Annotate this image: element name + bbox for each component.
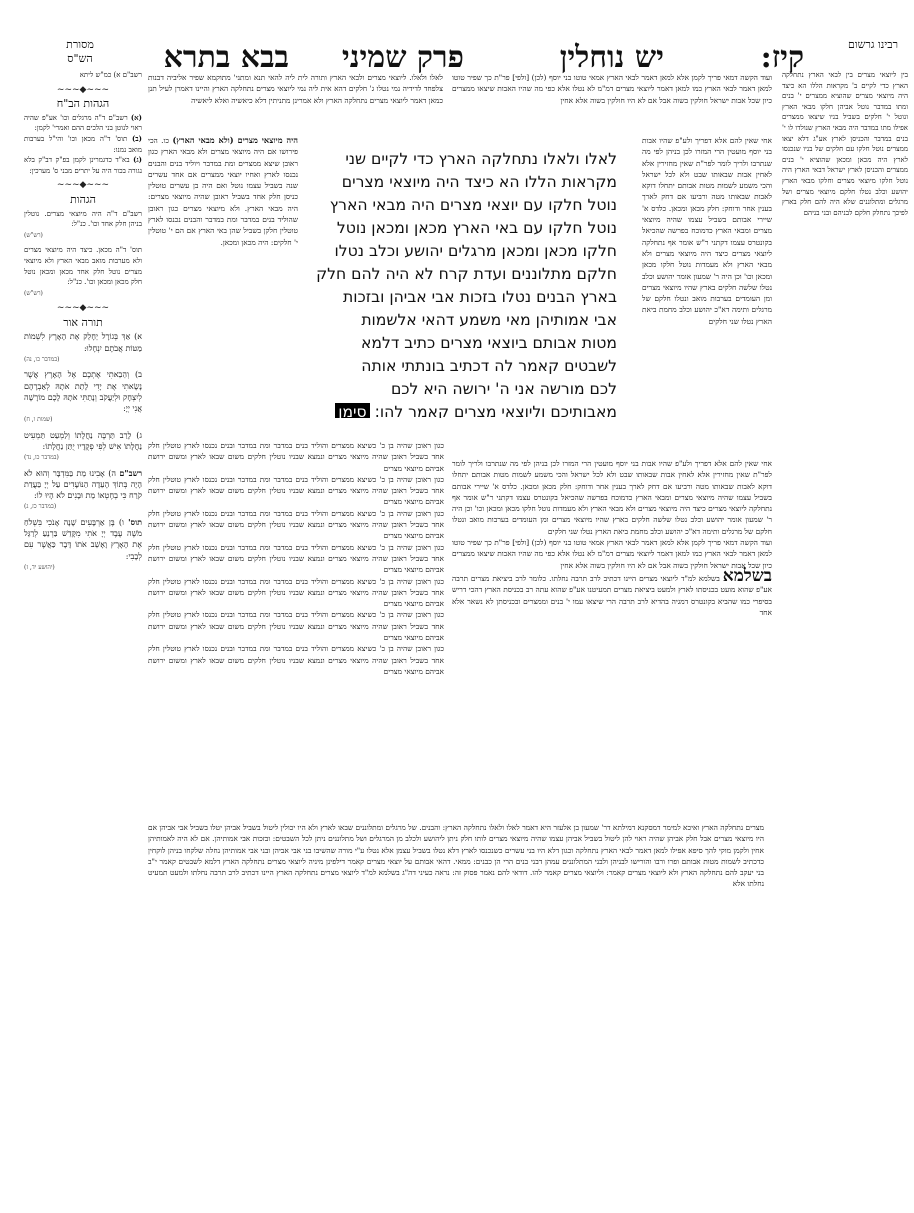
chapter-number: פרק שמיני [342, 40, 464, 75]
rashbam-column: אחי שאין להם אלא דפריך ולע"פ שהיו אבות ב… [642, 135, 772, 455]
gemara-line: מקראות הללו הא כיצד היה מיוצאי מצרים [305, 171, 617, 194]
tosafot-top-paragraph: לאלו ולאלו. ליוצאי מצרים ולבאי הארץ ותור… [148, 72, 443, 132]
tosafot-column: היה מיוצאי מצרים (ולא מבאי הארץ) כו. הכי… [148, 135, 298, 435]
gemara-line: לאלו ולאלו נתחלקה הארץ כדי לקיים שני [305, 148, 617, 171]
tosafot-body: כו. הכי פירושו אם היה מיוצאי מצרים ולא מ… [148, 136, 298, 247]
tosafot-long-text: כגון ראובן שהיה בן כ' כשיצא ממצרים והולי… [148, 440, 444, 820]
masoret-top-entry: רשב"ם א) כמ"ש ליתא [24, 70, 142, 81]
gemara-line: נוטל חלקו עם יוצאי מצרים היה מבאי הארץ [305, 194, 617, 217]
rashbam-body: אחי שאין להם אלא דפריך ולע"פ שהיו אבות ב… [642, 136, 772, 326]
chapter-name: יש נוחלין [560, 40, 664, 75]
gemara-line: מטות אבותם ביוצאי מצרים כתיב דלמא [305, 332, 617, 355]
torah-or-title: תורה אור [24, 318, 142, 329]
rashbam-bishlama-heading: בשלמא [723, 566, 772, 586]
masoret-hashas-label: מסורת הש"ס [55, 38, 105, 66]
rashbam-lower-column: אחי שאין להם אלא דפריך ולע"פ שהיו אבות ב… [452, 458, 772, 818]
gemara-line: חלקם מתלוננים ועדת קרח לא היה להם חלק [305, 263, 617, 286]
gemara-line: מאבותיכם וליוצאי מצרים קאמר להו: סימן [305, 401, 617, 418]
gemara-line: נוטל חלקו עם באי הארץ מכאן ומכאן נוטל [305, 217, 617, 240]
tosafot-bottom-paragraph: מצרים נתחלקה הארץ ואיכא למימר דמסקנא דמי… [148, 822, 764, 962]
rashbam-top-paragraph: ועוד הקשה דמאי פריך לקמן אלא למאן דאמר ל… [452, 72, 772, 132]
tosafot-dibur-hamatchil: היה מיוצאי מצרים (ולא מבאי הארץ) [172, 135, 298, 145]
gemara-line: חלקו מכאן ומכאן מרגלים יהושע וכלב נטלו [305, 240, 617, 263]
tractate-name: בבא בתרא [164, 40, 289, 75]
rabbeinu-gershom-text: בין ליוצאי מצרים בין לבאי הארץ נתחלקה הא… [782, 70, 908, 218]
rabbeinu-gershom-label: רבינו גרשום [848, 38, 898, 52]
ornament-divider: ~~~◆~~~ [24, 180, 142, 191]
hagahot-title: הגהות [24, 195, 142, 206]
ornament-divider: ~~~◆~~~ [24, 303, 142, 314]
hagahot-habach-title: הגהות הב"ח [24, 99, 142, 110]
gemara-line: בארץ הבנים נטלו בזכות אבי אביהן ובזכות [305, 286, 617, 309]
gemara-line: לשבטים קאמר לה דכתיב בונתתי אותה [305, 355, 617, 378]
ornament-divider: ~~~◆~~~ [24, 85, 142, 96]
gemara-line: לכם מורשה אני ה' ירושה היא לכם [305, 378, 617, 401]
gemara-main-text: לאלו ולאלו נתחלקה הארץ כדי לקיים שני מקר… [305, 148, 617, 418]
masoret-hashas-column: רשב"ם א) כמ"ש ליתא ~~~◆~~~ הגהות הב"ח (א… [24, 70, 142, 770]
rabbeinu-gershom-column: בין ליוצאי מצרים בין לבאי הארץ נתחלקה הא… [782, 70, 908, 540]
gemara-line: אבי אמותיהן מאי משמע דהאי אלשמות [305, 309, 617, 332]
siman-marker: סימן [335, 403, 369, 418]
